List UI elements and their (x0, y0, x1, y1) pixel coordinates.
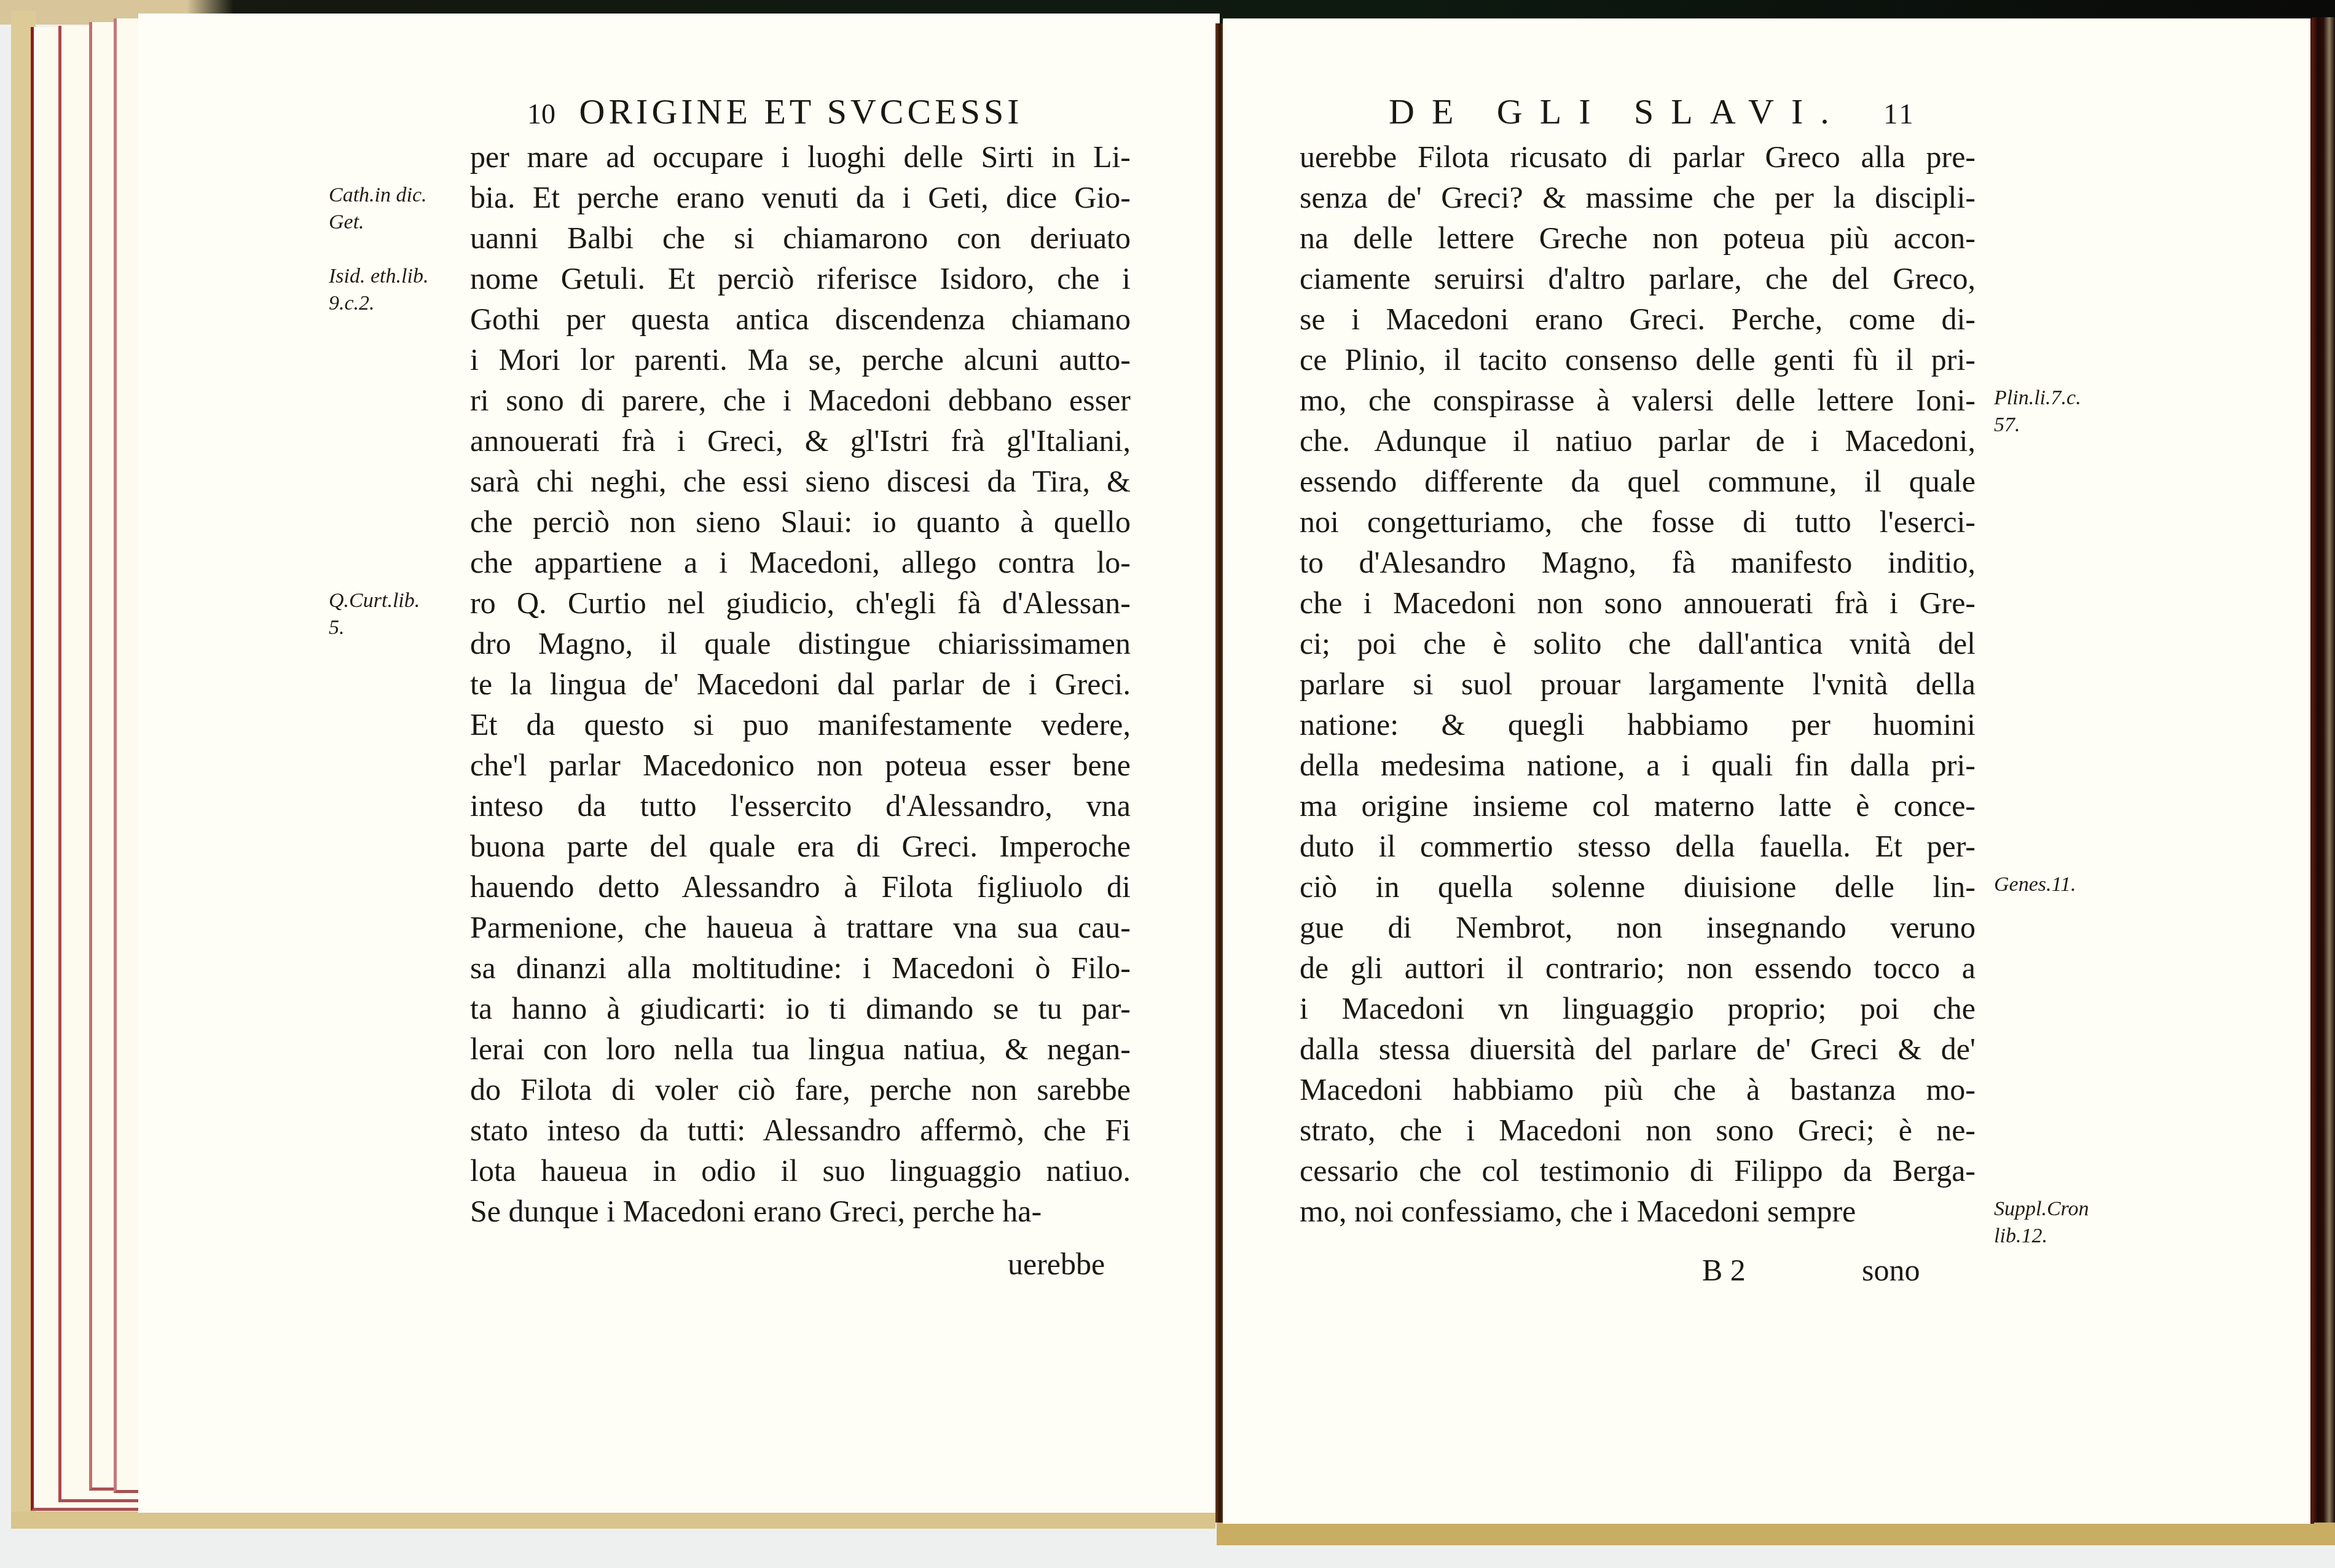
text-line: to d'Alesandro Magno, fà manifesto indit… (1300, 542, 1976, 582)
text-line: cessario che col testimonio di Filippo d… (1300, 1150, 1976, 1191)
running-head-title-right: DE GLI SLAVI. (1389, 92, 1846, 131)
text-line: nome Getuli. Et perciò riferisce Isidoro… (470, 258, 1131, 299)
margin-note: Suppl.Cronlib.12. (1994, 1196, 2089, 1250)
running-head-title-left: ORIGINE ET SVCCESSI (579, 92, 1023, 131)
right-running-head: DE GLI SLAVI. 11 (1389, 91, 1927, 132)
margin-note: Genes.11. (1994, 871, 2076, 898)
margin-note-line: Genes.11. (1994, 871, 2076, 898)
page-number-right: 11 (1883, 98, 1915, 130)
text-line: sa dinanzi alla moltitudine: i Macedoni … (470, 947, 1131, 988)
text-line: na delle lettere Greche non poteua più a… (1300, 218, 1976, 258)
text-line: ci; poi che è solito che dall'antica vni… (1300, 623, 1976, 664)
text-line: senza de' Greci? & massime che per la di… (1300, 177, 1976, 218)
text-line: natione: & quegli habbiamo per huomini (1300, 704, 1976, 745)
text-line: ciamente seruirsi d'altro parlare, che d… (1300, 258, 1976, 299)
left-body-text: per mare ad occupare i luoghi delle Sirt… (470, 136, 1131, 1231)
text-line: parlare si suol prouar largamente l'vnit… (1300, 664, 1976, 704)
text-line: dro Magno, il quale distingue chiarissim… (470, 623, 1131, 664)
vellum-cover-bottom-left (11, 1511, 1215, 1529)
text-line: ri sono di parere, che i Macedoni debban… (470, 380, 1131, 420)
left-running-head: 10 ORIGINE ET SVCCESSI (516, 91, 1022, 132)
text-line: duto il commertio stesso della fauella. … (1300, 826, 1976, 866)
margin-note: Cath.in dic.Get. (329, 182, 427, 236)
margin-note-line: Get. (329, 209, 427, 236)
text-line: strato, che i Macedoni non sono Greci; è… (1300, 1110, 1976, 1150)
vellum-cover-bottom-right (1217, 1521, 2335, 1545)
catchword-right: sono (1862, 1252, 1920, 1288)
text-line: dalla stessa diuersità del parlare de' G… (1300, 1029, 1976, 1069)
text-line: che perciò non sieno Slaui: io quanto à … (470, 501, 1131, 542)
text-line: uerebbe Filota ricusato di parlar Greco … (1300, 136, 1976, 177)
text-line: lota haueua in odio il suo linguaggio na… (470, 1150, 1131, 1191)
margin-note-line: 5. (329, 614, 420, 641)
text-line: de gli auttori il contrario; non essendo… (1300, 947, 1976, 988)
text-line: noi congetturiamo, che fosse di tutto l'… (1300, 501, 1976, 542)
signature-mark: B 2 (1702, 1252, 1746, 1288)
text-line: i Macedoni vn linguaggio proprio; poi ch… (1300, 988, 1976, 1029)
margin-note-line: Plin.li.7.c. (1994, 385, 2081, 412)
margin-note-line: Isid. eth.lib. (329, 263, 428, 290)
right-page-stack-edge (2312, 17, 2335, 1523)
text-line: se i Macedoni erano Greci. Perche, come … (1300, 299, 1976, 339)
margin-note: Plin.li.7.c.57. (1994, 385, 2081, 439)
text-line: buona parte del quale era di Greci. Impe… (470, 826, 1131, 866)
text-line: gue di Nembrot, non insegnando veruno (1300, 907, 1976, 947)
text-line: mo, noi confessiamo, che i Macedoni semp… (1300, 1191, 1976, 1231)
text-line: uanni Balbi che si chiamarono con deriua… (470, 218, 1131, 258)
margin-note-line: 9.c.2. (329, 290, 428, 317)
text-line: che appartiene a i Macedoni, allego cont… (470, 542, 1131, 582)
text-line: ta hanno à giudicarti: io ti dimando se … (470, 988, 1131, 1029)
catchword-left: uerebbe (1008, 1246, 1105, 1282)
margin-note-line: lib.12. (1994, 1223, 2089, 1250)
text-line: annouerati frà i Greci, & gl'Istri frà g… (470, 420, 1131, 461)
text-line: ro Q. Curtio nel giudicio, ch'egli fà d'… (470, 582, 1131, 623)
text-line: che'l parlar Macedonico non poteua esser… (470, 745, 1131, 785)
text-line: essendo differente da quel commune, il q… (1300, 461, 1976, 501)
text-line: mo, che conspirasse à valersi delle lett… (1300, 380, 1976, 420)
text-line: ma origine insieme col materno latte è c… (1300, 785, 1976, 826)
text-line: sarà chi neghi, che essi sieno discesi d… (470, 461, 1131, 501)
right-body-text: uerebbe Filota ricusato di parlar Greco … (1300, 136, 1976, 1231)
text-line: Et da questo si puo manifestamente veder… (470, 704, 1131, 745)
text-line: che i Macedoni non sono annouerati frà i… (1300, 582, 1976, 623)
text-line: bia. Et perche erano venuti da i Geti, d… (470, 177, 1131, 218)
text-line: che. Adunque il natiuo parlar de i Maced… (1300, 420, 1976, 461)
text-line: lerai con loro nella tua lingua natiua, … (470, 1029, 1131, 1069)
text-line: per mare ad occupare i luoghi delle Sirt… (470, 136, 1131, 177)
margin-note-line: Cath.in dic. (329, 182, 427, 209)
margin-note: Isid. eth.lib.9.c.2. (329, 263, 428, 317)
text-line: ciò in quella solenne diuisione delle li… (1300, 866, 1976, 907)
text-line: ce Plinio, il tacito consenso delle gent… (1300, 339, 1976, 380)
page-number-left: 10 (527, 98, 555, 130)
text-line: stato inteso da tutti: Alessandro afferm… (470, 1110, 1131, 1150)
text-line: della medesima natione, a i quali fin da… (1300, 745, 1976, 785)
text-line: te la lingua de' Macedoni dal parlar de … (470, 664, 1131, 704)
text-line: i Mori lor parenti. Ma se, perche alcuni… (470, 339, 1131, 380)
text-line: Parmenione, che haueua à trattare vna su… (470, 907, 1131, 947)
text-line: Gothi per questa antica discendenza chia… (470, 299, 1131, 339)
margin-note-line: Suppl.Cron (1994, 1196, 2089, 1223)
margin-note-line: Q.Curt.lib. (329, 587, 420, 614)
text-line: Macedoni habbiamo più che à bastanza mo- (1300, 1069, 1976, 1110)
text-line: do Filota di voler ciò fare, perche non … (470, 1069, 1131, 1110)
text-line: hauendo detto Alessandro à Filota figliu… (470, 866, 1131, 907)
margin-note-line: 57. (1994, 412, 2081, 439)
margin-note: Q.Curt.lib.5. (329, 587, 420, 641)
text-line: Se dunque i Macedoni erano Greci, perche… (470, 1191, 1131, 1231)
text-line: inteso da tutto l'essercito d'Alessandro… (470, 785, 1131, 826)
